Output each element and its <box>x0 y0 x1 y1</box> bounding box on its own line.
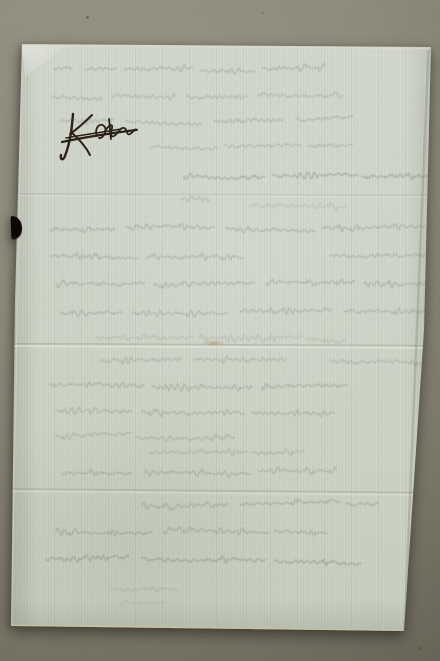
paper-shadow <box>0 0 440 661</box>
photo-backdrop <box>0 0 440 661</box>
paper-sheet <box>0 0 440 661</box>
showthrough-script-layer <box>0 0 440 661</box>
mirrored-handwriting <box>46 64 433 607</box>
